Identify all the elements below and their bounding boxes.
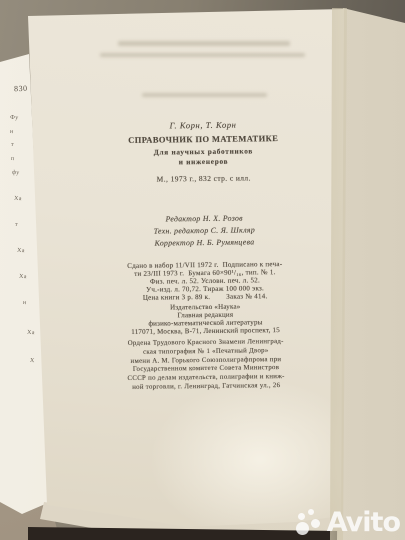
subtitle: Для научных работников и инженеров <box>57 145 349 169</box>
book-photo: 830 Фу н т п фу Ха т Ха Ха н Ха Х Г. Кор… <box>0 0 405 540</box>
colophon-block: Сдано в набор 11/VII 1972 г. Подписано к… <box>59 259 351 303</box>
avito-logo-icon <box>296 508 324 536</box>
avito-wordmark: Avito <box>327 509 400 536</box>
text-fragment: п <box>11 156 15 162</box>
text-fragment: Ха <box>14 196 22 203</box>
publisher-block: Издательство «Наука» Главная редакция фи… <box>59 301 351 337</box>
edition-info: М., 1973 г., 832 стр. с илл. <box>58 172 350 185</box>
show-through-text <box>142 93 267 97</box>
book-title: СПРАВОЧНИК ПО МАТЕМАТИКЕ <box>57 132 349 146</box>
text-fragment: н <box>10 129 14 135</box>
text-fragment: н <box>23 300 27 306</box>
avito-watermark: Avito <box>296 508 400 536</box>
text-fragment: Ха <box>27 330 35 337</box>
staff-block: Редактор Н. Х. Розов Техн. редактор С. Я… <box>58 211 350 251</box>
authors: Г. Корн, Т. Корн <box>57 118 349 132</box>
text-fragment: Ха <box>17 248 25 255</box>
show-through-text <box>100 53 305 57</box>
text-fragment: Фу <box>10 115 19 122</box>
show-through-text <box>118 41 290 46</box>
text-fragment: Ха <box>19 274 27 281</box>
imprint-text-block: Г. Корн, Т. Корн СПРАВОЧНИК ПО МАТЕМАТИК… <box>57 118 353 412</box>
printer-block: Ордена Трудового Красного Знамени Ленинг… <box>60 337 353 393</box>
text-fragment: фу <box>12 170 20 177</box>
text-fragment: т <box>11 142 15 148</box>
text-fragment: Х <box>30 358 35 364</box>
subtitle-line: и инженеров <box>57 155 349 169</box>
staff-line: Корректор Н. Б. Румянцева <box>58 236 350 252</box>
text-fragment: т <box>15 222 19 228</box>
